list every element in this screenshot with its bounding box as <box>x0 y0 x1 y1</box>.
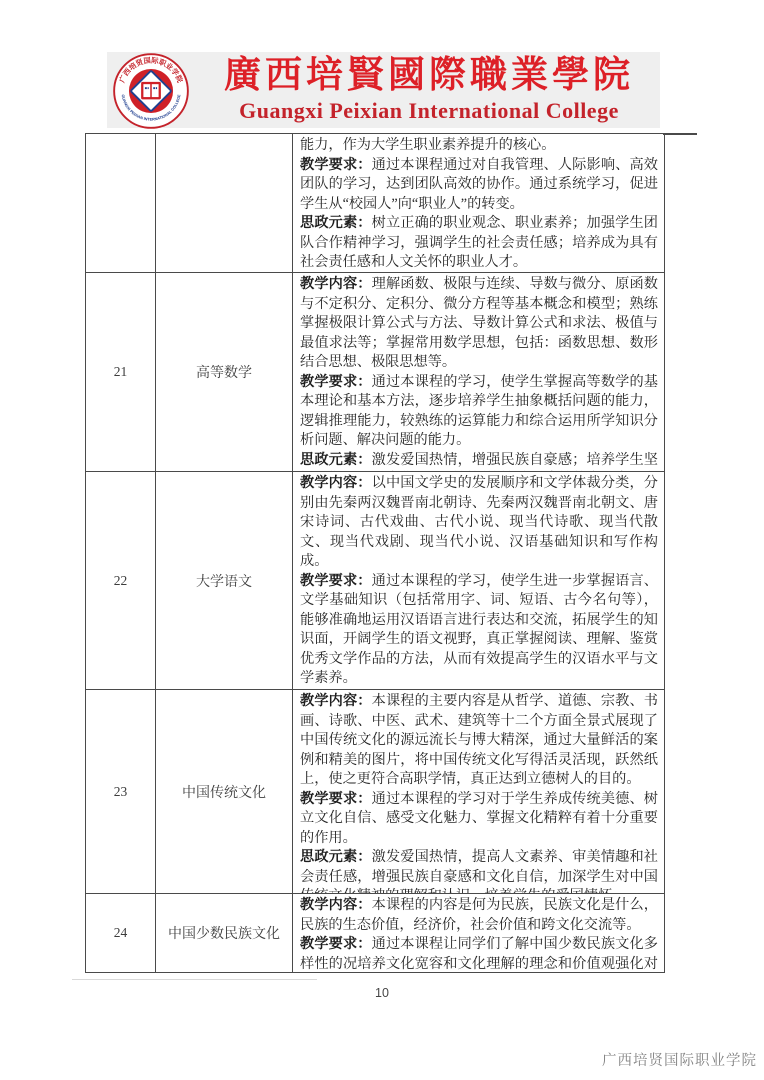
course-number-cell: 23 <box>86 690 156 893</box>
paragraph-label: 教学要求： <box>300 573 372 589</box>
table-row: 能力，作为大学生职业素养提升的核心。教学要求：通过本课程通过对自我管理、人际影响… <box>86 134 664 272</box>
description-paragraph: 思政元素：培养学生的人文素养、审美情趣和社会责任感；感悟人文情怀、提升审美情趣；… <box>300 689 658 690</box>
table-row: 23中国传统文化教学内容：本课程的主要内容是从哲学、道德、宗教、书画、诗歌、中医… <box>86 689 664 893</box>
paragraph-label: 思政元素： <box>300 452 372 468</box>
table-row: 21高等数学教学内容：理解函数、极限与连续、导数与微分、原函数与不定积分、定积分… <box>86 272 664 471</box>
paragraph-label: 教学内容： <box>300 897 372 913</box>
description-paragraph: 思政元素：树立正确的职业观念、职业素养；加强学生团队合作精神学习，强调学生的社会… <box>300 214 658 272</box>
course-description-cell: 教学内容：本课程的主要内容是从哲学、道德、宗教、书画、诗歌、中医、武术、建筑等十… <box>293 690 664 893</box>
paragraph-label: 教学要求： <box>300 936 372 952</box>
description-paragraph: 教学要求：通过本课程通过对自我管理、人际影响、高效团队的学习，达到团队高效的协作… <box>300 156 658 215</box>
course-description-cell: 能力，作为大学生职业素养提升的核心。教学要求：通过本课程通过对自我管理、人际影响… <box>293 134 664 272</box>
course-name-cell <box>156 134 293 272</box>
description-paragraph: 思政元素：激发爱国热情，提高人文素养、审美情趣和社会责任感，增强民族自豪感和文化… <box>300 848 658 893</box>
college-name-chinese: 廣西培賢國際職業學院 <box>198 54 660 98</box>
paragraph-label: 教学要求： <box>300 791 372 807</box>
scan-artifact-line <box>72 979 317 980</box>
course-name-cell: 中国传统文化 <box>156 690 293 893</box>
table-row: 24中国少数民族文化教学内容：本课程的内容是何为民族，民族文化是什么，民族的生态… <box>86 893 664 972</box>
course-number-cell: 22 <box>86 472 156 689</box>
description-paragraph: 能力，作为大学生职业素养提升的核心。 <box>300 136 658 156</box>
table-row: 22大学语文教学内容：以中国文学史的发展顺序和文学体裁分类，分别由先秦两汉魏晋南… <box>86 471 664 689</box>
college-logo-icon: 广西培贤国际职业学院 GUANGXI PEIXIAN INTERNATIONAL… <box>113 53 189 129</box>
course-number-cell: 24 <box>86 894 156 972</box>
paragraph-label: 教学内容： <box>300 276 372 292</box>
description-paragraph: 教学内容：本课程的内容是何为民族，民族文化是什么，民族的生态价值，经济价，社会价… <box>300 896 658 935</box>
paragraph-label: 教学要求： <box>300 374 372 390</box>
description-paragraph: 教学内容：以中国文学史的发展顺序和文学体裁分类，分别由先秦两汉魏晋南北朝诗、先秦… <box>300 474 658 572</box>
table-top-border-overhang <box>663 133 697 135</box>
description-paragraph: 教学内容：理解函数、极限与连续、导数与微分、原函数与不定积分、定积分、微分方程等… <box>300 275 658 373</box>
course-name-cell: 中国少数民族文化 <box>156 894 293 972</box>
course-table: 能力，作为大学生职业素养提升的核心。教学要求：通过本课程通过对自我管理、人际影响… <box>85 133 665 973</box>
description-paragraph: 教学要求：通过本课程的学习，使学生掌握高等数学的基本理论和基本方法，逐步培养学生… <box>300 373 658 451</box>
watermark-college-name: 广西培贤国际职业学院 <box>602 1049 757 1070</box>
course-description-cell: 教学内容：理解函数、极限与连续、导数与微分、原函数与不定积分、定积分、微分方程等… <box>293 273 664 471</box>
description-paragraph: 思政元素：激发爱国热情，增强民族自豪感；培养学生坚持不懈、团队合作，不断创新的精… <box>300 451 658 472</box>
paragraph-label: 教学要求： <box>300 157 372 173</box>
description-paragraph: 教学内容：本课程的主要内容是从哲学、道德、宗教、书画、诗歌、中医、武术、建筑等十… <box>300 692 658 790</box>
paragraph-label: 思政元素： <box>300 849 372 865</box>
document-page: 广西培贤国际职业学院 GUANGXI PEIXIAN INTERNATIONAL… <box>0 0 764 1080</box>
description-paragraph: 教学要求：通过本课程的学习，使学生进一步掌握语言、文学基础知识（包括常用字、词、… <box>300 572 658 689</box>
course-number-cell: 21 <box>86 273 156 471</box>
course-name-cell: 高等数学 <box>156 273 293 471</box>
paragraph-label: 教学内容： <box>300 693 372 709</box>
course-number-cell <box>86 134 156 272</box>
book-icon <box>141 82 161 99</box>
course-description-cell: 教学内容：以中国文学史的发展顺序和文学体裁分类，分别由先秦两汉魏晋南北朝诗、先秦… <box>293 472 664 689</box>
description-paragraph: 教学要求：通过本课程让同学们了解中国少数民族文化多样性的况培养文化宽容和文化理解… <box>300 935 658 972</box>
course-name-cell: 大学语文 <box>156 472 293 689</box>
paragraph-label: 思政元素： <box>300 215 372 231</box>
college-titles: 廣西培賢國際職業學院 Guangxi Peixian International… <box>198 54 660 124</box>
college-name-english: Guangxi Peixian International College <box>198 98 660 124</box>
paragraph-label: 教学内容： <box>300 475 372 491</box>
description-paragraph: 教学要求：通过本课程的学习对于学生养成传统美德、树立文化自信、感受文化魅力、掌握… <box>300 790 658 849</box>
page-number: 10 <box>0 986 764 1000</box>
course-description-cell: 教学内容：本课程的内容是何为民族，民族文化是什么，民族的生态价值，经济价，社会价… <box>293 894 664 972</box>
